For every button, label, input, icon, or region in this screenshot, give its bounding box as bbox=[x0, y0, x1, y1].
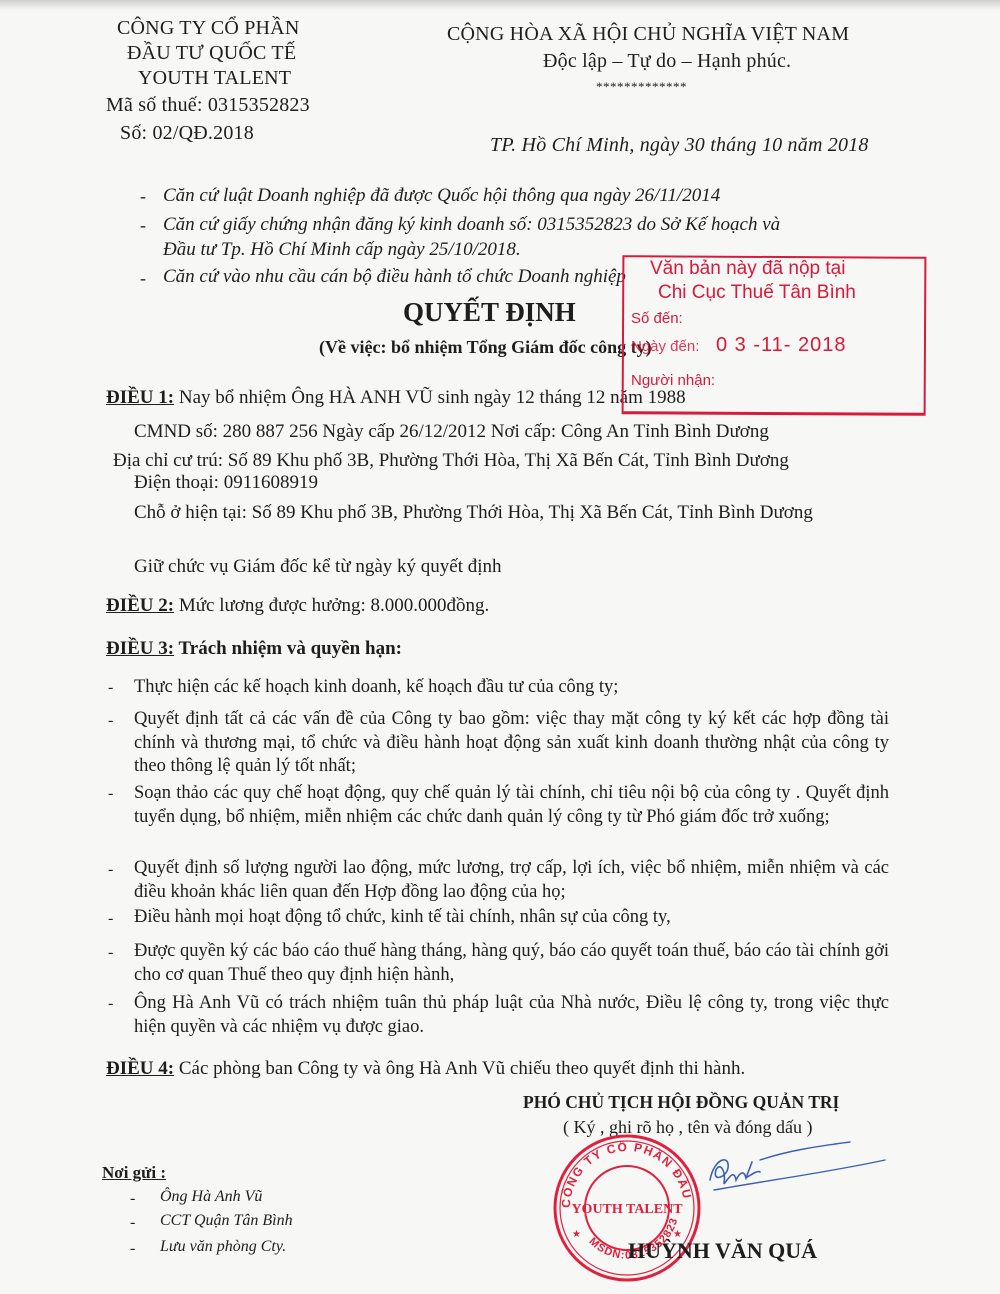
current-address: Chỗ ở hiện tại: Số 89 Khu phố 3B, Phường… bbox=[134, 500, 890, 525]
article-4-text: Các phòng ban Công ty và ông Hà Anh Vũ c… bbox=[174, 1058, 745, 1079]
bullet-dash: - bbox=[130, 1214, 135, 1232]
article-2-label: ĐIỀU 2: bbox=[106, 595, 174, 616]
stamp-line1: Văn bản này đã nộp tại bbox=[650, 258, 845, 280]
scan-top-shadow bbox=[0, 0, 1000, 10]
stamp-line2: Chi Cục Thuế Tân Bình bbox=[658, 282, 856, 304]
stamp-date: 0 3 -11- 2018 bbox=[716, 334, 847, 357]
duty-item: Điều hành mọi hoạt động tổ chức, kinh tế… bbox=[134, 906, 889, 930]
bullet-dash: - bbox=[140, 215, 146, 236]
duty-item: Thực hiện các kế hoạch kinh doanh, kế ho… bbox=[134, 676, 889, 700]
company-name-line1: CÔNG TY CỔ PHẦN bbox=[117, 17, 299, 40]
document-title: QUYẾT ĐỊNH bbox=[403, 297, 576, 328]
signer-name: HUỲNH VĂN QUÁ bbox=[628, 1238, 817, 1264]
handwritten-signature bbox=[700, 1140, 890, 1210]
seal-outer-text: CÔNG TY CỔ PHẦN ĐẦU TƯ QUỐC TẾ bbox=[552, 1133, 695, 1208]
phone-line: Điện thoại: 0911608919 bbox=[134, 472, 318, 494]
national-motto: Độc lập – Tự do – Hạnh phúc. bbox=[543, 50, 791, 73]
stamp-receiver-label: Người nhận: bbox=[631, 372, 715, 389]
svg-text:CÔNG TY CỔ PHẦN ĐẦU TƯ QUỐC TẾ: CÔNG TY CỔ PHẦN ĐẦU TƯ QUỐC TẾ bbox=[552, 1133, 695, 1208]
bullet-dash: - bbox=[108, 910, 113, 928]
article-1-label: ĐIỀU 1: bbox=[106, 387, 174, 408]
duty-item: Ông Hà Anh Vũ có trách nhiệm tuân thủ ph… bbox=[134, 992, 889, 1039]
article-3-text: Trách nhiệm và quyền hạn: bbox=[174, 638, 402, 659]
nation-title: CỘNG HÒA XÃ HỘI CHỦ NGHĨA VIỆT NAM bbox=[447, 23, 849, 46]
company-name-line2: ĐẦU TƯ QUỐC TẾ bbox=[127, 42, 296, 65]
bullet-dash: - bbox=[130, 1190, 135, 1208]
bullet-dash: - bbox=[108, 944, 113, 962]
article-3-label: ĐIỀU 3: bbox=[106, 638, 174, 659]
document-subtitle: (Về việc: bổ nhiệm Tổng Giám đốc công ty… bbox=[319, 337, 652, 358]
id-card-line: CMND số: 280 887 256 Ngày cấp 26/12/2012… bbox=[134, 421, 769, 443]
seal-center-text: YOUTH TALENT bbox=[571, 1202, 683, 1217]
bullet-dash: - bbox=[108, 679, 113, 697]
basis-2: Căn cứ giấy chứng nhận đăng ký kinh doan… bbox=[163, 214, 780, 236]
article-4: ĐIỀU 4: Các phòng ban Công ty và ông Hà … bbox=[106, 1058, 745, 1080]
bullet-dash: - bbox=[130, 1240, 135, 1258]
company-name-line3: YOUTH TALENT bbox=[138, 67, 291, 90]
article-2-text: Mức lương được hưởng: 8.000.000đồng. bbox=[174, 595, 489, 616]
basis-1: Căn cứ luật Doanh nghiệp đã được Quốc hộ… bbox=[163, 185, 720, 207]
recipient-item: Ông Hà Anh Vũ bbox=[160, 1188, 262, 1206]
basis-2-cont: Đầu tư Tp. Hồ Chí Minh cấp ngày 25/10/20… bbox=[163, 239, 521, 261]
recipient-item: CCT Quận Tân Bình bbox=[160, 1212, 293, 1230]
place-date: TP. Hồ Chí Minh, ngày 30 tháng 10 năm 20… bbox=[490, 134, 869, 157]
stamp-so-den-label: Số đến: bbox=[631, 310, 683, 327]
position-line: Giữ chức vụ Giám đốc kể từ ngày ký quyết… bbox=[134, 556, 502, 578]
duty-item: Quyết định tất cả các vấn đề của Công ty… bbox=[134, 708, 889, 779]
seal-star-icon: ★ bbox=[572, 1229, 581, 1240]
basis-3: Căn cứ vào nhu cầu cán bộ điều hành tổ c… bbox=[163, 266, 626, 288]
duty-item: Quyết định số lượng người lao động, mức … bbox=[134, 857, 889, 904]
bullet-dash: - bbox=[108, 861, 113, 879]
duty-item: Được quyền ký các báo cáo thuế hàng thán… bbox=[134, 940, 889, 987]
signer-title: PHÓ CHỦ TỊCH HỘI ĐỒNG QUẢN TRỊ bbox=[523, 1092, 839, 1113]
bullet-dash: - bbox=[140, 268, 146, 289]
residence-address: Địa chỉ cư trú: Số 89 Khu phố 3B, Phường… bbox=[113, 450, 789, 472]
document-number: Số: 02/QĐ.2018 bbox=[120, 122, 254, 145]
bullet-dash: - bbox=[108, 785, 113, 803]
recipients-label: Nơi gửi : bbox=[102, 1163, 166, 1183]
bullet-dash: - bbox=[108, 712, 113, 730]
article-1-heading: ĐIỀU 1: Nay bổ nhiệm Ông HÀ ANH VŨ sinh … bbox=[106, 387, 686, 409]
article-4-label: ĐIỀU 4: bbox=[106, 1058, 174, 1079]
bullet-dash: - bbox=[108, 995, 113, 1013]
stars-divider: ************* bbox=[596, 79, 687, 95]
article-2: ĐIỀU 2: Mức lương được hưởng: 8.000.000đ… bbox=[106, 595, 489, 617]
article-1-text: Nay bổ nhiệm Ông HÀ ANH VŨ sinh ngày 12 … bbox=[174, 387, 686, 408]
tax-code: Mã số thuế: 0315352823 bbox=[106, 94, 310, 117]
article-3: ĐIỀU 3: Trách nhiệm và quyền hạn: bbox=[106, 638, 402, 660]
recipient-item: Lưu văn phòng Cty. bbox=[160, 1238, 286, 1256]
duty-item: Soạn thảo các quy chế hoạt động, quy chế… bbox=[134, 782, 889, 829]
bullet-dash: - bbox=[140, 186, 146, 207]
stamp-ngay-den-label: Ngày đến: bbox=[631, 338, 699, 355]
